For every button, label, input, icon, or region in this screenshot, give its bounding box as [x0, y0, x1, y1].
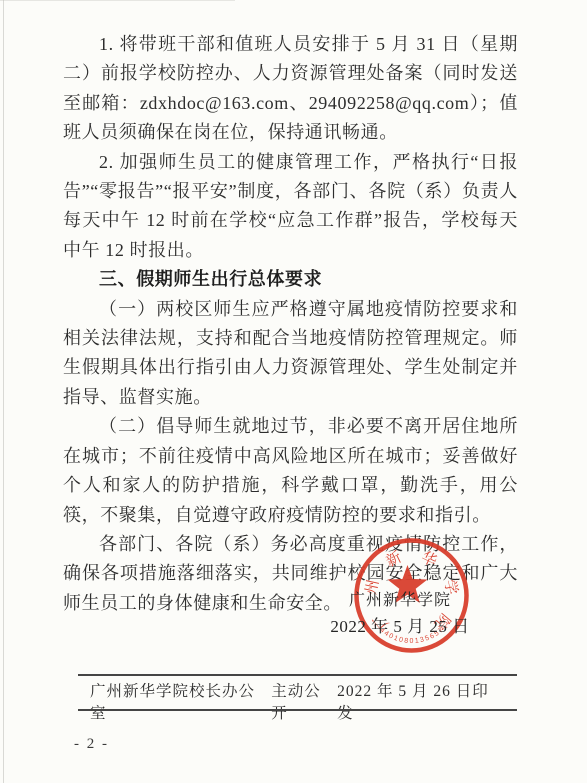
footer-print-date: 2022 年 5 月 26 日印发 [337, 681, 505, 725]
paragraph-duty-roster: 1. 将带班干部和值班人员安排于 5 月 31 日（星期二）前报学校防控办、人力… [63, 30, 518, 148]
footer-rule-bottom [78, 709, 517, 711]
scan-edge-artifact-top [0, 0, 235, 1]
footer-issuer: 广州新华学院校长办公室 [90, 681, 271, 725]
signature-date: 2022 年 5 月 25 日 [315, 612, 485, 637]
footer-disclosure: 主动公开 [271, 681, 337, 725]
seal-org-char: 新 [383, 549, 404, 571]
seal-serial-digit: 0 [398, 636, 404, 644]
page-number: - 2 - [74, 736, 109, 753]
document-page: 1. 将带班干部和值班人员安排于 5 月 31 日（星期二）前报学校防控办、人力… [0, 0, 587, 783]
paragraph-travel-rule-two: （二）倡导师生就地过节，非必要不离开居住地所在城市；不前往疫情中高风险地区所在城… [63, 412, 518, 530]
scan-edge-artifact-left [3, 0, 4, 783]
paragraph-health-management: 2. 加强师生员工的健康管理工作，严格执行“日报告”“零报告”“报平安”制度，各… [63, 148, 518, 266]
seal-serial-digit: 1 [415, 637, 420, 644]
footer-rule-top [78, 674, 517, 676]
seal-serial-digit: 8 [404, 637, 409, 644]
seal-org-char: 华 [419, 549, 440, 571]
signature-org: 广州新华学院 [315, 587, 485, 610]
seal-serial-digit: 0 [410, 638, 414, 645]
footer-row: 广州新华学院校长办公室 主动公开 2022 年 5 月 26 日印发 [78, 681, 517, 725]
section-heading-travel-requirements: 三、假期师生出行总体要求 [63, 265, 518, 294]
document-body: 1. 将带班干部和值班人员安排于 5 月 31 日（星期二）前报学校防控办、人力… [63, 30, 518, 618]
paragraph-travel-rule-one: （一）两校区师生应严格遵守属地疫情防控要求和相关法律法规，支持和配合当地疫情防控… [63, 295, 518, 413]
